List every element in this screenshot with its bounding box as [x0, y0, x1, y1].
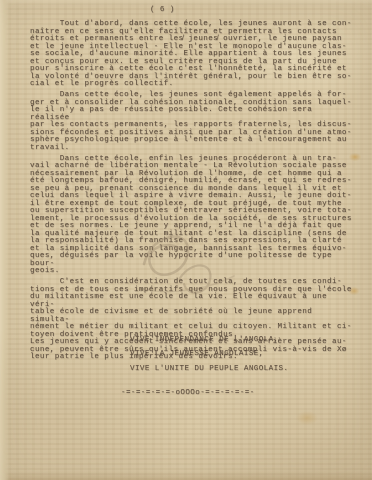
page-number: ( 6 ) — [150, 7, 175, 15]
typed-paragraph: Tout d'abord, dans cette école, les jeun… — [30, 21, 354, 89]
closing-slogans: VIVE INDEPENDANCE DE L'ANGOLA, VIVE LA J… — [130, 337, 288, 380]
scanned-typewritten-page: ( 6 ) Tout d'abord, dans cette école, le… — [0, 0, 372, 480]
handwritten-pencil-scribble — [122, 218, 252, 313]
typed-paragraph: Dans cette école, les jeunes sont égalem… — [30, 92, 354, 152]
slogan-line: VIVE INDEPENDANCE DE L'ANGOLA, — [130, 337, 288, 345]
slogan-line: VIVE LA JEUNESSE ANGOLAISE, — [130, 351, 288, 359]
document-body: Tout d'abord, dans cette école, les jeun… — [30, 21, 354, 365]
typed-divider-ornament: -=-=-=-=-=-oOOOo-=-=-=-=-=- — [121, 390, 255, 398]
slogan-line: VIVE L'UNITE DU PEUPLE ANGOLAIS. — [130, 366, 288, 374]
